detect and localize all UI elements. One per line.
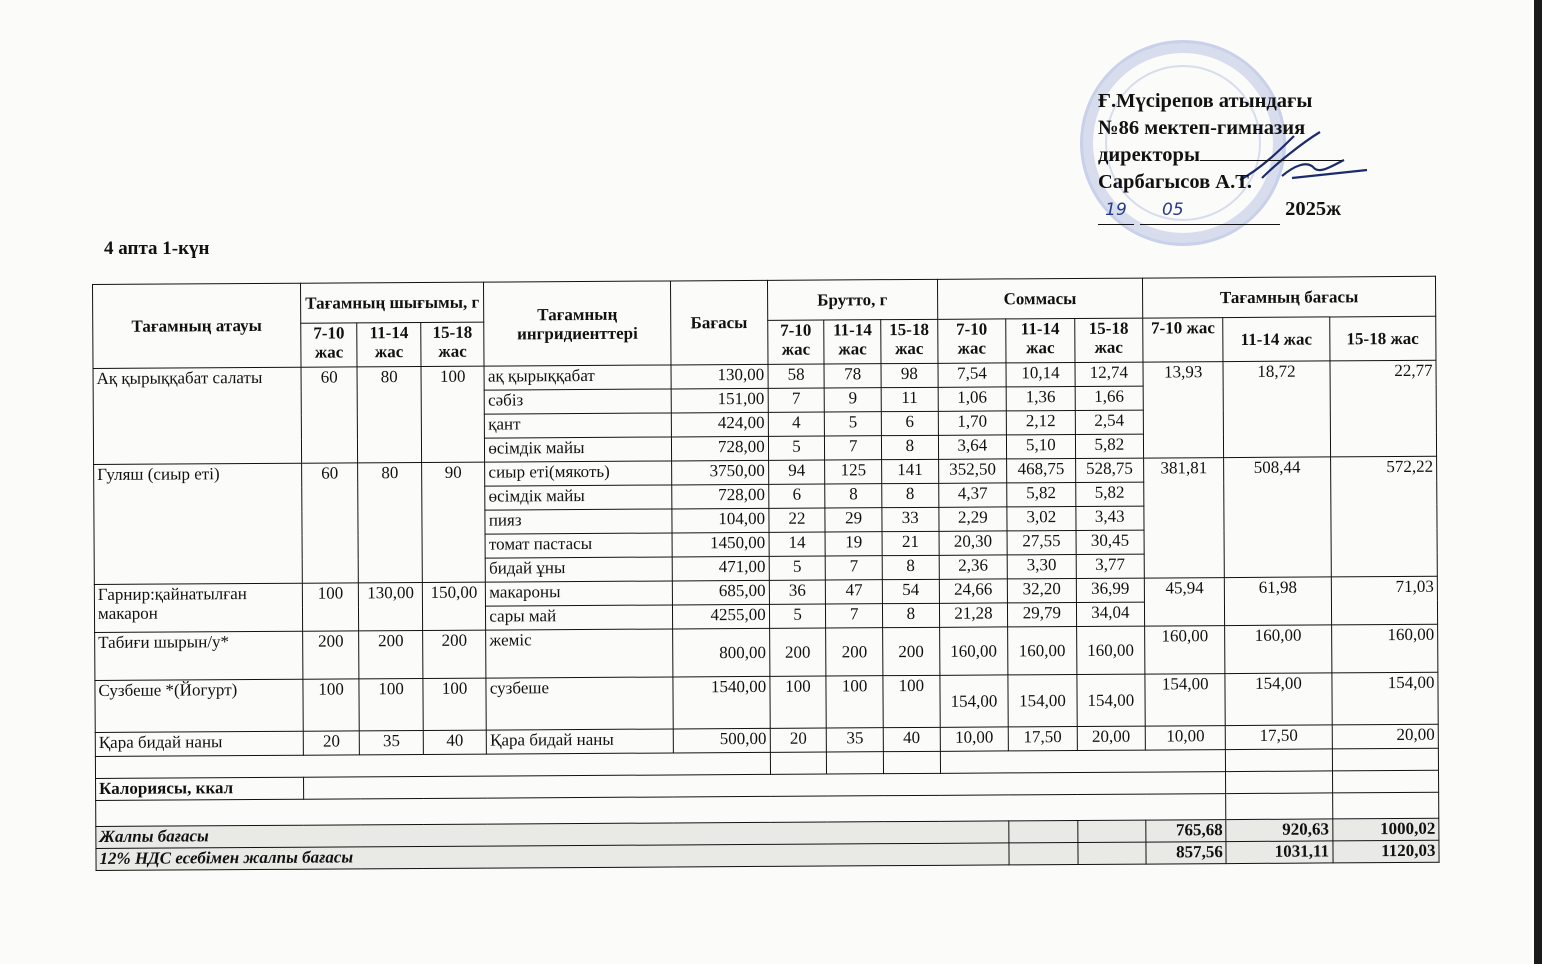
sum-11-14: 32,20 [1007,578,1076,602]
vat-total-7-10: 857,56 [1146,842,1226,864]
dish-price-15-18: 20,00 [1332,724,1439,749]
yield-15-18: 90 [421,462,485,582]
dish-price-11-14: 61,98 [1225,577,1332,626]
brutto-15-18: 21 [882,531,939,555]
brutto-7-10: 4 [768,412,825,436]
brutto-15-18: 98 [881,363,938,387]
dish-price-11-14: 508,44 [1224,457,1331,578]
dish-price-15-18: 71,03 [1331,576,1438,625]
ingredient-name: сары май [486,605,673,630]
dish-price-15-18: 22,77 [1330,360,1437,457]
approval-block: Ғ.Мүсірепов атындағы №86 мектеп-гимназия… [1098,88,1398,225]
ingredient-name: бидай ұны [486,557,673,582]
ingredient-price: 728,00 [671,436,768,461]
ingredient-price: 4255,00 [672,604,769,629]
dish-price-11-14: 17,50 [1226,725,1332,750]
yield-15-18: 100 [423,678,487,730]
calories-label: Калориясы, ккал [96,777,304,800]
yield-11-14: 80 [357,366,421,462]
sum-7-10: 2,36 [939,555,1008,579]
sum-15-18: 36,99 [1076,578,1145,602]
sum-11-14: 29,79 [1008,602,1077,626]
sum-11-14: 27,55 [1007,530,1076,554]
sum-7-10: 20,30 [939,531,1008,555]
dish-price-7-10: 13,93 [1143,362,1224,458]
dish-price-11-14: 160,00 [1225,625,1332,674]
ingredient-price: 3750,00 [671,460,768,485]
brutto-15-18: 8 [882,555,939,579]
scan-edge [1534,0,1542,964]
header-yield-7-10: 7-10 жас [301,323,358,367]
sum-15-18: 2,54 [1075,410,1144,434]
dish-price-7-10: 45,94 [1144,578,1225,626]
sum-7-10: 24,66 [939,579,1008,603]
header-ingredients: Тағамның ингридиенттері [484,281,671,366]
page-title: 4 апта 1-күн [104,238,209,260]
yield-15-18: 100 [421,366,485,462]
ingredient-name: Қара бидай наны [487,729,674,754]
brutto-11-14: 29 [825,508,882,532]
ingredient-price: 104,00 [672,508,769,533]
yield-11-14: 100 [359,678,423,730]
dish-price-7-10: 154,00 [1145,674,1226,726]
dish-price-7-10: 10,00 [1145,726,1225,750]
dish-name: Ақ қырыққабат салаты [93,367,301,464]
brutto-11-14: 9 [824,388,881,412]
total-11-14: 920,63 [1226,819,1332,842]
sum-11-14: 160,00 [1008,626,1077,674]
ingredient-name: сиыр еті(мякоть) [485,461,672,486]
brutto-11-14: 100 [826,676,883,728]
ingredient-name: жеміс [486,629,673,678]
sum-15-18: 160,00 [1076,626,1145,674]
sum-11-14: 3,30 [1007,554,1076,578]
brutto-11-14: 200 [826,628,883,676]
yield-15-18: 150,00 [422,582,486,630]
ingredient-price: 151,00 [671,388,768,413]
total-7-10: 765,68 [1146,820,1226,842]
sum-11-14: 468,75 [1007,458,1076,482]
dish-price-15-18: 154,00 [1331,672,1438,725]
brutto-7-10: 22 [769,508,826,532]
sum-15-18: 34,04 [1076,602,1145,626]
sum-11-14: 17,50 [1008,726,1077,750]
brutto-15-18: 54 [882,579,939,603]
dish-price-11-14: 154,00 [1225,673,1332,726]
sum-7-10: 154,00 [940,675,1009,727]
vat-total-11-14: 1031,11 [1226,841,1332,864]
sum-15-18: 30,45 [1076,530,1145,554]
brutto-11-14: 8 [825,484,882,508]
brutto-7-10: 5 [769,604,826,628]
yield-15-18: 200 [423,630,487,678]
ingredient-price: 728,00 [672,484,769,509]
sum-15-18: 5,82 [1075,482,1144,506]
brutto-15-18: 8 [881,435,938,459]
sum-11-14: 3,02 [1007,506,1076,530]
header-brutto-11-14: 11-14 жас [824,320,881,364]
sum-7-10: 1,06 [938,387,1007,411]
header-price: Бағасы [670,280,767,365]
ingredient-price: 1450,00 [672,532,769,557]
sum-11-14: 2,12 [1006,410,1075,434]
header-yield-15-18: 15-18 жас [421,322,485,366]
dish-price-7-10: 381,81 [1144,458,1225,578]
dish-name: Сузбеше *(Йогурт) [95,679,303,732]
ingredient-price: 800,00 [672,628,769,677]
dish-name: Қара бидай наны [95,731,303,756]
dish-name: Гарнир:қайнатылған макарон [94,583,302,632]
yield-7-10: 100 [303,679,360,731]
sum-15-18: 1,66 [1075,386,1144,410]
brutto-7-10: 20 [770,728,827,752]
yield-7-10: 60 [301,463,358,583]
ingredient-name: ақ қырыққабат [484,365,671,390]
brutto-15-18: 40 [883,727,940,751]
sum-15-18: 3,43 [1075,506,1144,530]
header-dish-name: Тағамның атауы [93,283,301,368]
header-sum-7-10: 7-10 жас [937,319,1006,363]
ingredient-name: томат пастасы [485,533,672,558]
vat-total-label: 12% НДС есебімен жалпы бағасы [96,843,1009,871]
header-sum: Соммасы [937,278,1143,319]
brutto-7-10: 6 [768,484,825,508]
ingredient-price: 471,00 [672,556,769,581]
sum-11-14: 10,14 [1006,362,1075,386]
approval-date-day: 19 [1098,197,1134,225]
sum-7-10: 10,00 [940,727,1009,751]
vat-total-15-18: 1120,03 [1333,840,1440,863]
menu-table: Тағамның атауы Тағамның шығымы, г Тағамн… [92,276,1440,871]
table-row: Табиғи шырын/у*200200200жеміс800,0020020… [95,624,1438,680]
yield-7-10: 20 [303,731,360,755]
dish-price-7-10: 160,00 [1145,626,1226,674]
dish-price-11-14: 18,72 [1223,361,1330,458]
brutto-11-14: 5 [825,412,882,436]
menu-body: Ақ қырыққабат салаты6080100ақ қырыққабат… [93,360,1438,756]
sum-7-10: 21,28 [939,603,1008,627]
ingredient-name: пияз [485,509,672,534]
total-15-18: 1000,02 [1332,818,1439,841]
header-price-11-14: 11-14 жас [1223,317,1330,362]
ingredient-name: сузбеше [486,677,673,730]
brutto-11-14: 19 [825,532,882,556]
header-sum-11-14: 11-14 жас [1006,319,1075,363]
header-brutto-7-10: 7-10 жас [767,320,824,364]
sum-7-10: 4,37 [938,483,1007,507]
yield-15-18: 40 [423,730,487,754]
brutto-7-10: 7 [768,388,825,412]
dish-price-15-18: 572,22 [1330,456,1437,577]
yield-11-14: 200 [359,630,423,678]
approval-line-3: директоры [1098,144,1200,166]
brutto-7-10: 5 [768,436,825,460]
sum-15-18: 5,82 [1075,434,1144,458]
ingredient-name: сәбіз [484,389,671,414]
header-yield: Тағамның шығымы, г [300,282,484,323]
sum-15-18: 3,77 [1076,554,1145,578]
dish-name: Табиғи шырын/у* [95,631,303,680]
approval-line-1: Ғ.Мүсірепов атындағы [1098,88,1398,115]
sum-11-14: 5,10 [1007,434,1076,458]
header-price-7-10: 7-10 жас [1143,318,1224,362]
sum-15-18: 154,00 [1076,674,1145,726]
sum-11-14: 1,36 [1006,386,1075,410]
sum-15-18: 12,74 [1075,362,1144,386]
brutto-11-14: 47 [826,580,883,604]
brutto-11-14: 125 [825,460,882,484]
header-yield-11-14: 11-14 жас [357,322,421,366]
brutto-7-10: 94 [768,460,825,484]
yield-11-14: 130,00 [359,582,423,630]
sum-7-10: 2,29 [939,507,1008,531]
sum-11-14: 154,00 [1008,674,1077,726]
dish-price-15-18: 160,00 [1331,624,1438,673]
approval-date-year: 2025ж [1285,198,1341,220]
signature-line [1200,142,1342,161]
menu-footer: Калориясы, ккал Жалпы бағасы 765,68 920,… [95,748,1439,870]
header-brutto: Брутто, г [767,279,937,320]
approval-date-month: 05 [1140,197,1280,225]
brutto-7-10: 14 [769,532,826,556]
brutto-11-14: 7 [826,604,883,628]
ingredient-name: қант [485,413,672,438]
ingredient-price: 424,00 [671,412,768,437]
header-brutto-15-18: 15-18 жас [881,319,938,363]
brutto-15-18: 8 [882,603,939,627]
brutto-11-14: 7 [825,436,882,460]
brutto-15-18: 200 [883,627,940,675]
ingredient-price: 500,00 [673,728,770,753]
sum-7-10: 7,54 [938,363,1007,387]
brutto-15-18: 100 [883,675,940,727]
ingredient-price: 685,00 [672,580,769,605]
ingredient-name: өсімдік майы [485,485,672,510]
brutto-7-10: 36 [769,580,826,604]
approval-line-4: Сарбагысов А.Т. [1098,169,1398,196]
sum-7-10: 160,00 [939,627,1008,675]
sum-7-10: 3,64 [938,435,1007,459]
sum-15-18: 20,00 [1077,726,1146,750]
sum-7-10: 1,70 [938,411,1007,435]
yield-11-14: 80 [358,462,422,582]
yield-7-10: 60 [301,367,358,463]
brutto-15-18: 6 [881,411,938,435]
yield-7-10: 100 [302,583,359,631]
brutto-15-18: 33 [882,507,939,531]
brutto-15-18: 11 [881,387,938,411]
header-dish-price: Тағамның бағасы [1143,276,1436,318]
dish-name: Гуляш (сиыр еті) [94,463,303,584]
sum-11-14: 5,82 [1007,482,1076,506]
brutto-15-18: 8 [882,483,939,507]
yield-7-10: 200 [302,631,359,679]
ingredient-price: 130,00 [671,364,768,389]
table-row: Сузбеше *(Йогурт)100100100сузбеше1540,00… [95,672,1438,732]
brutto-11-14: 7 [826,556,883,580]
ingredient-name: өсімдік майы [485,437,672,462]
header-sum-15-18: 15-18 жас [1074,318,1143,362]
brutto-11-14: 35 [827,728,884,752]
approval-line-2: №86 мектеп-гимназия [1098,115,1398,142]
brutto-11-14: 78 [824,364,881,388]
ingredient-name: макароны [486,581,673,606]
sum-15-18: 528,75 [1075,458,1144,482]
brutto-7-10: 58 [768,364,825,388]
yield-11-14: 35 [360,730,424,754]
header-price-15-18: 15-18 жас [1329,316,1436,361]
brutto-7-10: 100 [770,676,827,728]
sum-7-10: 352,50 [938,459,1007,483]
brutto-15-18: 141 [882,459,939,483]
ingredient-price: 1540,00 [673,676,770,729]
brutto-7-10: 5 [769,556,826,580]
brutto-7-10: 200 [769,628,826,676]
